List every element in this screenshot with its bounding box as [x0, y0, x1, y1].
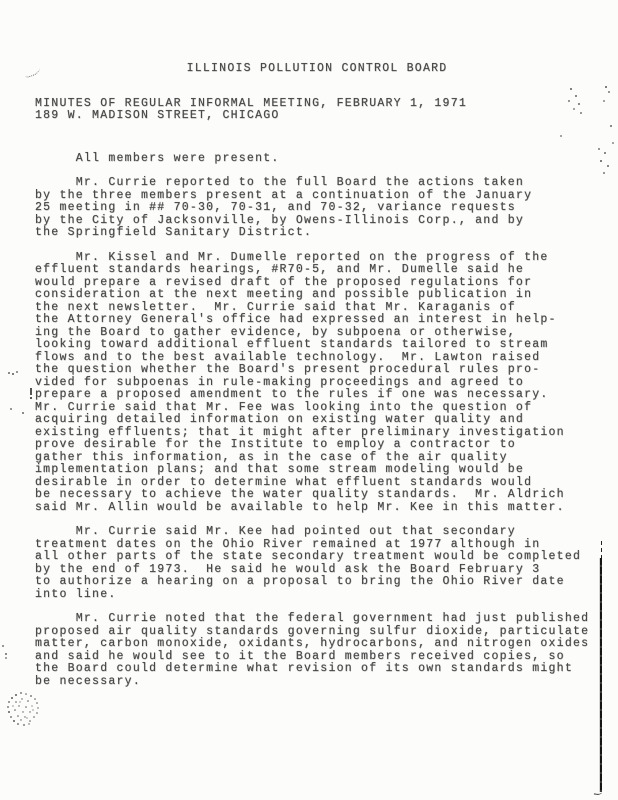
text-line: said Mr. Allin would be available to hel…	[35, 502, 599, 515]
text-line: All members were present.	[35, 153, 599, 166]
text-line: Mr. Currie said Mr. Kee had pointed out …	[35, 526, 599, 539]
margin-pen-mark	[30, 388, 32, 395]
scan-edge-line-hook	[594, 789, 603, 795]
text-line: prove desirable for the Institute to emp…	[35, 439, 599, 452]
text-line: the Board could determine what revision …	[35, 663, 599, 676]
text-line: all other parts of the state secondary t…	[35, 551, 599, 564]
text-line: the Attorney General's office had expres…	[35, 314, 599, 327]
text-line: looking toward additional effluent stand…	[35, 339, 599, 352]
scanned-document-page: ILLINOIS POLLUTION CONTROL BOARD MINUTES…	[0, 0, 618, 800]
text-line: Mr. Currie noted that the federal govern…	[35, 613, 599, 626]
scan-edge-line-dashes	[601, 541, 603, 558]
text-line: to authorize a hearing on a proposal to …	[35, 576, 599, 589]
text-line: prepare a proposed amendment to the rule…	[35, 389, 599, 402]
text-line: be necessary to achieve the water qualit…	[35, 489, 599, 502]
text-line: consideration at the next meeting and po…	[35, 289, 599, 302]
text-line: into line.	[35, 589, 599, 602]
text-line: matter, carbon monoxide, oxidants, hydro…	[35, 638, 599, 651]
address-line: 189 W. MADISON STREET, CHICAGO	[35, 110, 599, 123]
paragraph: Mr. Currie said Mr. Kee had pointed out …	[35, 526, 599, 601]
paragraph: Mr. Currie noted that the federal govern…	[35, 613, 599, 688]
paragraph: Mr. Currie reported to the full Board th…	[35, 177, 599, 240]
paragraph: All members were present.	[35, 153, 599, 166]
text-line: the Springfield Sanitary District.	[35, 227, 599, 240]
scan-speckles-left-margin	[8, 372, 10, 374]
text-line: acquiring detailed information on existi…	[35, 414, 599, 427]
document-title: ILLINOIS POLLUTION CONTROL BOARD	[35, 63, 599, 76]
text-line: the question whether the Board's present…	[35, 364, 599, 377]
text-line: Mr. Currie reported to the full Board th…	[35, 177, 599, 190]
paragraph: Mr. Kissel and Mr. Dumelle reported on t…	[35, 252, 599, 515]
document-body: ILLINOIS POLLUTION CONTROL BOARD MINUTES…	[35, 63, 599, 700]
document-header: MINUTES OF REGULAR INFORMAL MEETING, FEB…	[35, 98, 599, 123]
text-line: effluent standards hearings, #R70-5, and…	[35, 264, 599, 277]
text-line: 25 meeting in ## 70-30, 70-31, and 70-32…	[35, 202, 599, 215]
text-line: implementation plans; and that some stre…	[35, 464, 599, 477]
text-line: be necessary.	[35, 676, 599, 689]
scan-edge-line	[600, 558, 602, 792]
